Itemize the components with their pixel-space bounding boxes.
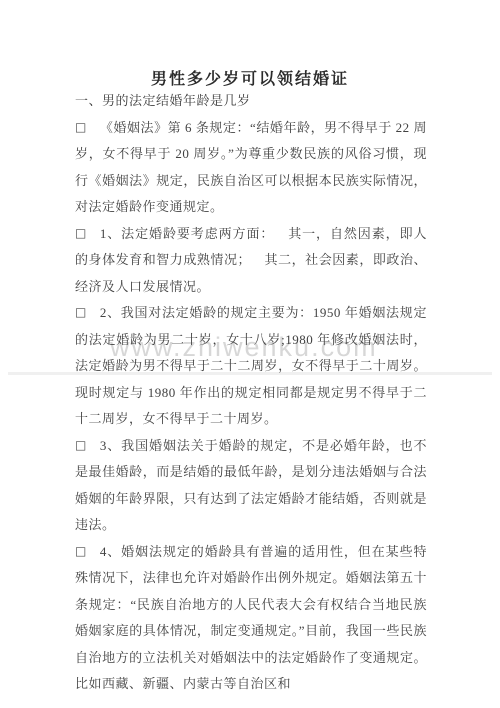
paragraph: □2、我国对法定婚龄的规定主要为：1950 年婚姻法规定的法定婚龄为男二十岁，女… [75,300,427,433]
document-page: www.zhiwenku.com 男性多少岁可以领结婚证 一、男的法定结婚年龄是… [0,0,500,708]
checkbox-empty-icon: □ [75,538,87,565]
checkbox-empty-icon: □ [75,114,87,141]
page-title: 男性多少岁可以领结婚证 [0,66,500,89]
paragraph-text: 3、我国婚姻法关于婚龄的规定，不是必婚年龄，也不是最佳婚龄，而是结婚的最低年龄，… [75,438,427,533]
paragraph: □1、法定婚龄要考虑两方面： 其一，自然因素，即人的身体发育和智力成熟情况； 其… [75,221,427,301]
checkbox-empty-icon: □ [75,299,87,326]
paragraph-text: 4、婚姻法规定的婚龄具有普遍的适用性，但在某些特殊情况下，法律也允许对婚龄作出例… [75,544,427,692]
paragraph: □4、婚姻法规定的婚龄具有普遍的适用性，但在某些特殊情况下，法律也允许对婚龄作出… [75,539,427,698]
checkbox-empty-icon: □ [75,220,87,247]
paragraph-text: 1、法定婚龄要考虑两方面： 其一，自然因素，即人的身体发育和智力成熟情况； 其二… [75,226,427,294]
document-body: 一、男的法定结婚年龄是几岁 □《婚姻法》第 6 条规定：“结婚年龄，男不得早于 … [75,88,427,698]
paragraph: □《婚姻法》第 6 条规定：“结婚年龄，男不得早于 22 周岁，女不得早于 20… [75,115,427,221]
section-heading: 一、男的法定结婚年龄是几岁 [75,88,427,115]
paragraph-text: 2、我国对法定婚龄的规定主要为：1950 年婚姻法规定的法定婚龄为男二十岁，女十… [75,305,427,426]
paragraph-text: 《婚姻法》第 6 条规定：“结婚年龄，男不得早于 22 周岁，女不得早于 20 … [75,120,427,215]
checkbox-empty-icon: □ [75,432,87,459]
paragraph: □3、我国婚姻法关于婚龄的规定，不是必婚年龄，也不是最佳婚龄，而是结婚的最低年龄… [75,433,427,539]
